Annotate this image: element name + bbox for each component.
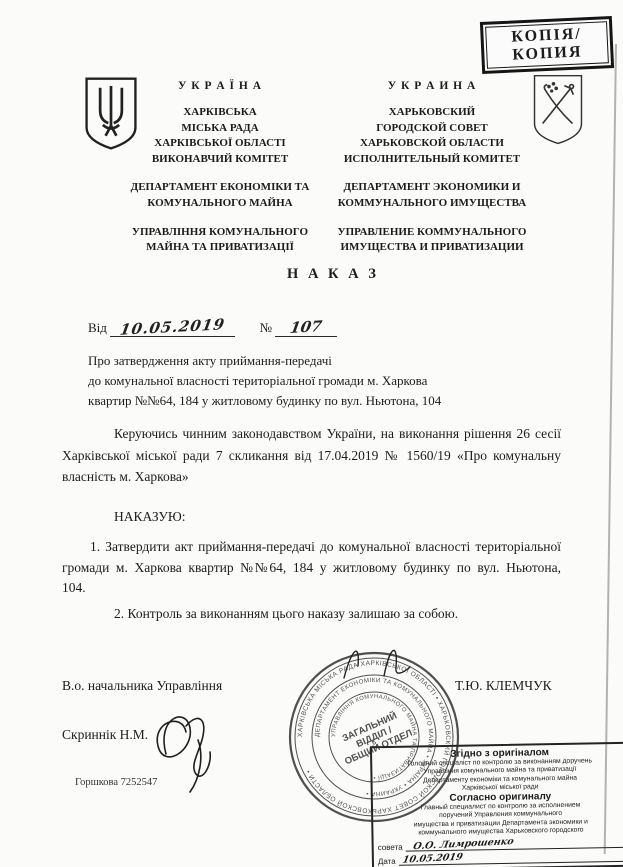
- header-russian-column: У К Р А И Н А ХАРЬКОВСКИЙ ГОРОДСКОЙ СОВЕ…: [332, 80, 532, 256]
- date-label: Дата: [378, 857, 399, 866]
- order-item-1: 1. Затвердити акт приймання-передачі до …: [62, 537, 561, 599]
- order-word: НАКАЗУЮ:: [114, 509, 186, 525]
- document-title: Н А К А З: [43, 266, 623, 283]
- signer-position-title: В.о. начальника Управління: [62, 678, 222, 694]
- council-name-ua: ХАРКІВСЬКА МІСЬКА РАДА ХАРКІВСЬКОЇ ОБЛАС…: [120, 105, 320, 167]
- org-line: ГОРОДСКОЙ СОВЕТ: [332, 121, 532, 137]
- dept-line: ДЕПАРТАМЕНТ ЭКОНОМИКИ И: [332, 180, 532, 196]
- copy-stamp-line-ru: КОПИЯ: [489, 42, 606, 65]
- dept-line: ДЕПАРТАМЕНТ ЕКОНОМІКИ ТА: [120, 180, 320, 196]
- office-line: УПРАВЛІННЯ КОМУНАЛЬНОГО: [120, 225, 320, 241]
- org-line: МІСЬКА РАДА: [120, 121, 320, 137]
- header-ukrainian-column: У К Р А Ї Н А ХАРКІВСЬКА МІСЬКА РАДА ХАР…: [120, 80, 320, 256]
- date-number-line: Від 10.05.2019 № 107: [88, 318, 337, 337]
- certification-date-line: Дата 10.05.2019: [378, 850, 623, 866]
- copy-stamp-text: КОПІЯ/ КОПИЯ: [485, 21, 609, 68]
- date-from-label: Від: [88, 320, 107, 335]
- department-name-ua: ДЕПАРТАМЕНТ ЕКОНОМІКИ ТА КОМУНАЛЬНОГО МА…: [120, 180, 320, 211]
- org-line: ХАРЬКОВСКОЙ ОБЛАСТИ: [332, 136, 532, 152]
- office-name-ru: УПРАВЛЕНИЕ КОММУНАЛЬНОГО ИМУЩЕСТВА И ПРИ…: [332, 225, 532, 256]
- signer-name-right: Т.Ю. КЛЕМЧУК: [455, 678, 552, 694]
- subject-block: Про затвердження акту приймання-передачі…: [88, 351, 528, 411]
- handwritten-certification-date: 10.05.2019: [401, 852, 463, 866]
- copy-stamp: КОПІЯ/ КОПИЯ: [480, 16, 614, 74]
- scan-edge-artifact: [603, 44, 616, 854]
- office-line: УПРАВЛЕНИЕ КОММУНАЛЬНОГО: [332, 225, 532, 241]
- holder-label: совета: [378, 843, 406, 852]
- office-line: МАЙНА ТА ПРИВАТИЗАЦІЇ: [120, 240, 320, 256]
- preamble-paragraph: Керуючись чинним законодавством України,…: [62, 423, 561, 488]
- department-name-ru: ДЕПАРТАМЕНТ ЭКОНОМИКИ И КОММУНАЛЬНОГО ИМ…: [332, 180, 532, 211]
- subject-line: квартир №№64, 184 у житловому будинку по…: [88, 391, 528, 411]
- country-name-ru: У К Р А И Н А: [332, 80, 532, 92]
- dept-line: КОММУНАЛЬНОГО ИМУЩЕСТВА: [332, 196, 532, 212]
- scanned-order-document: КОПІЯ/ КОПИЯ У К Р А Ї Н А: [0, 0, 623, 867]
- country-name-ua: У К Р А Ї Н А: [120, 80, 320, 92]
- org-line: ВИКОНАВЧИЙ КОМІТЕТ: [120, 152, 320, 168]
- date-rule: 10.05.2019: [399, 849, 623, 866]
- office-line: ИМУЩЕСТВА И ПРИВАТИЗАЦИИ: [332, 240, 532, 256]
- dept-line: КОМУНАЛЬНОГО МАЙНА: [120, 196, 320, 212]
- pen-strokes-icon: [322, 636, 442, 681]
- kharkiv-coat-of-arms-icon: [530, 72, 586, 148]
- org-line: ХАРЬКОВСКИЙ: [332, 105, 532, 121]
- council-name-ru: ХАРЬКОВСКИЙ ГОРОДСКОЙ СОВЕТ ХАРЬКОВСКОЙ …: [332, 105, 532, 167]
- office-name-ua: УПРАВЛІННЯ КОМУНАЛЬНОГО МАЙНА ТА ПРИВАТИ…: [120, 225, 320, 256]
- date-field: 10.05.2019: [110, 318, 235, 337]
- executor-phone: Горшкова 7252547: [75, 777, 157, 788]
- handwritten-certifier-signature: О.О. Лимрошенко: [412, 836, 514, 852]
- org-line: ХАРКІВСЬКОЇ ОБЛАСТІ: [120, 136, 320, 152]
- handwritten-number: 107: [274, 316, 339, 337]
- org-line: ХАРКІВСЬКА: [120, 105, 320, 121]
- number-label: №: [260, 320, 272, 335]
- subject-line: до комунальної власності територіальної …: [88, 371, 528, 391]
- handwritten-date: 10.05.2019: [108, 315, 237, 340]
- number-field: 107: [275, 318, 337, 337]
- subject-line: Про затвердження акту приймання-передачі: [88, 351, 528, 371]
- order-item-2: 2. Контроль за виконанням цього наказу з…: [62, 606, 561, 622]
- org-line: ИСПОЛНИТЕЛЬНЫЙ КОМИТЕТ: [332, 152, 532, 168]
